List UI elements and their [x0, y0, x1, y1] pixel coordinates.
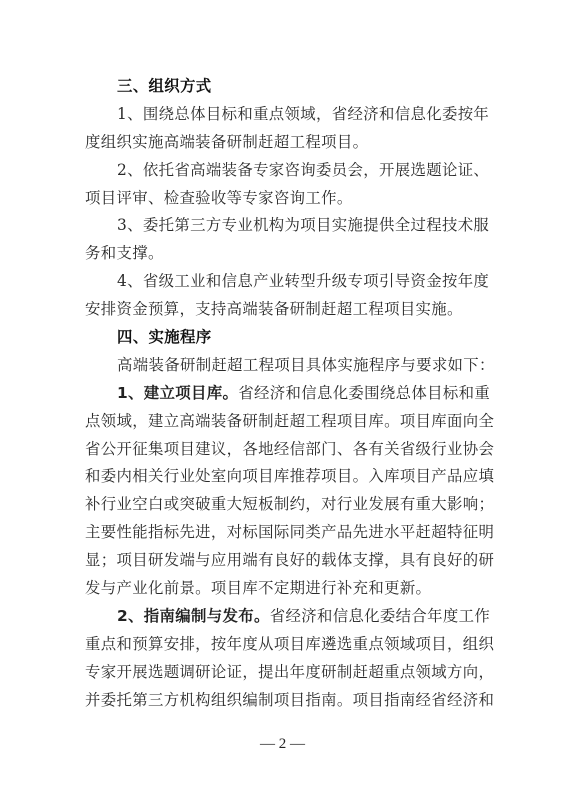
paragraph-line: 3、委托第三方专业机构为项目实施提供全过程技术服: [85, 212, 481, 240]
page-number: — 2 —: [0, 736, 565, 753]
item-first-line-text: 省经济和信息化委结合年度工作: [270, 607, 490, 625]
paragraph-line: 度组织实施高端装备研制赶超工程项目。: [85, 129, 481, 157]
paragraph-line: 和委内相关行业处室向项目库推荐项目。入库项目产品应填: [85, 463, 481, 491]
paragraph-line: 并委托第三方机构组织编制项目指南。项目指南经省经济和: [85, 687, 481, 715]
procedure-intro: 高端装备研制赶超工程项目具体实施程序与要求如下：: [85, 352, 481, 380]
paragraph-2: 2、依托省高端装备专家咨询委员会，开展选题论证、 项目评审、检查验收等专家咨询工…: [85, 157, 481, 213]
paragraph-line: 点领域，建立高端装备研制赶超工程项目库。项目库面向全: [85, 408, 481, 436]
section-heading-procedure: 四、实施程序: [85, 324, 481, 352]
paragraph-line: 发与产业化前景。项目库不定期进行补充和更新。: [85, 575, 481, 603]
section-heading-organization: 三、组织方式: [85, 73, 481, 101]
paragraph-line: 主要性能指标先进，对标国际同类产品先进水平赶超特征明: [85, 519, 481, 547]
paragraph-1: 1、围绕总体目标和重点领域，省经济和信息化委按年 度组织实施高端装备研制赶超工程…: [85, 101, 481, 157]
paragraph-line: 显；项目研发端与应用端有良好的载体支撑，具有良好的研: [85, 547, 481, 575]
paragraph-line: 1、建立项目库。省经济和信息化委围绕总体目标和重: [85, 380, 481, 408]
paragraph-line: 补行业空白或突破重大短板制约，对行业发展有重大影响；: [85, 491, 481, 519]
paragraph-line: 重点和预算安排，按年度从项目库遴选重点领域项目，组织: [85, 631, 481, 659]
paragraph-line: 省公开征集项目建议，各地经信部门、各有关省级行业协会: [85, 436, 481, 464]
paragraph-line: 1、围绕总体目标和重点领域，省经济和信息化委按年: [85, 101, 481, 129]
paragraph-3: 3、委托第三方专业机构为项目实施提供全过程技术服 务和支撑。: [85, 212, 481, 268]
paragraph-line: 项目评审、检查验收等专家咨询工作。: [85, 185, 481, 213]
item-lead-title: 2、指南编制与发布。: [117, 607, 270, 625]
paragraph-line: 4、省级工业和信息产业转型升级专项引导资金按年度: [85, 268, 481, 296]
paragraph-line: 务和支撑。: [85, 240, 481, 268]
item-first-line-text: 省经济和信息化委围绕总体目标和重: [238, 384, 490, 402]
paragraph-line: 安排资金预算，支持高端装备研制赶超工程项目实施。: [85, 296, 481, 324]
paragraph-line: 专家开展选题调研论证，提出年度研制赶超重点领域方向，: [85, 659, 481, 687]
document-body: 三、组织方式 1、围绕总体目标和重点领域，省经济和信息化委按年 度组织实施高端装…: [85, 73, 481, 714]
document-page: 三、组织方式 1、围绕总体目标和重点领域，省经济和信息化委按年 度组织实施高端装…: [0, 0, 565, 800]
procedure-item-2: 2、指南编制与发布。省经济和信息化委结合年度工作 重点和预算安排，按年度从项目库…: [85, 603, 481, 715]
item-lead-title: 1、建立项目库。: [117, 384, 238, 402]
paragraph-4: 4、省级工业和信息产业转型升级专项引导资金按年度 安排资金预算，支持高端装备研制…: [85, 268, 481, 324]
paragraph-line: 2、指南编制与发布。省经济和信息化委结合年度工作: [85, 603, 481, 631]
procedure-item-1: 1、建立项目库。省经济和信息化委围绕总体目标和重 点领域，建立高端装备研制赶超工…: [85, 380, 481, 603]
paragraph-line: 2、依托省高端装备专家咨询委员会，开展选题论证、: [85, 157, 481, 185]
